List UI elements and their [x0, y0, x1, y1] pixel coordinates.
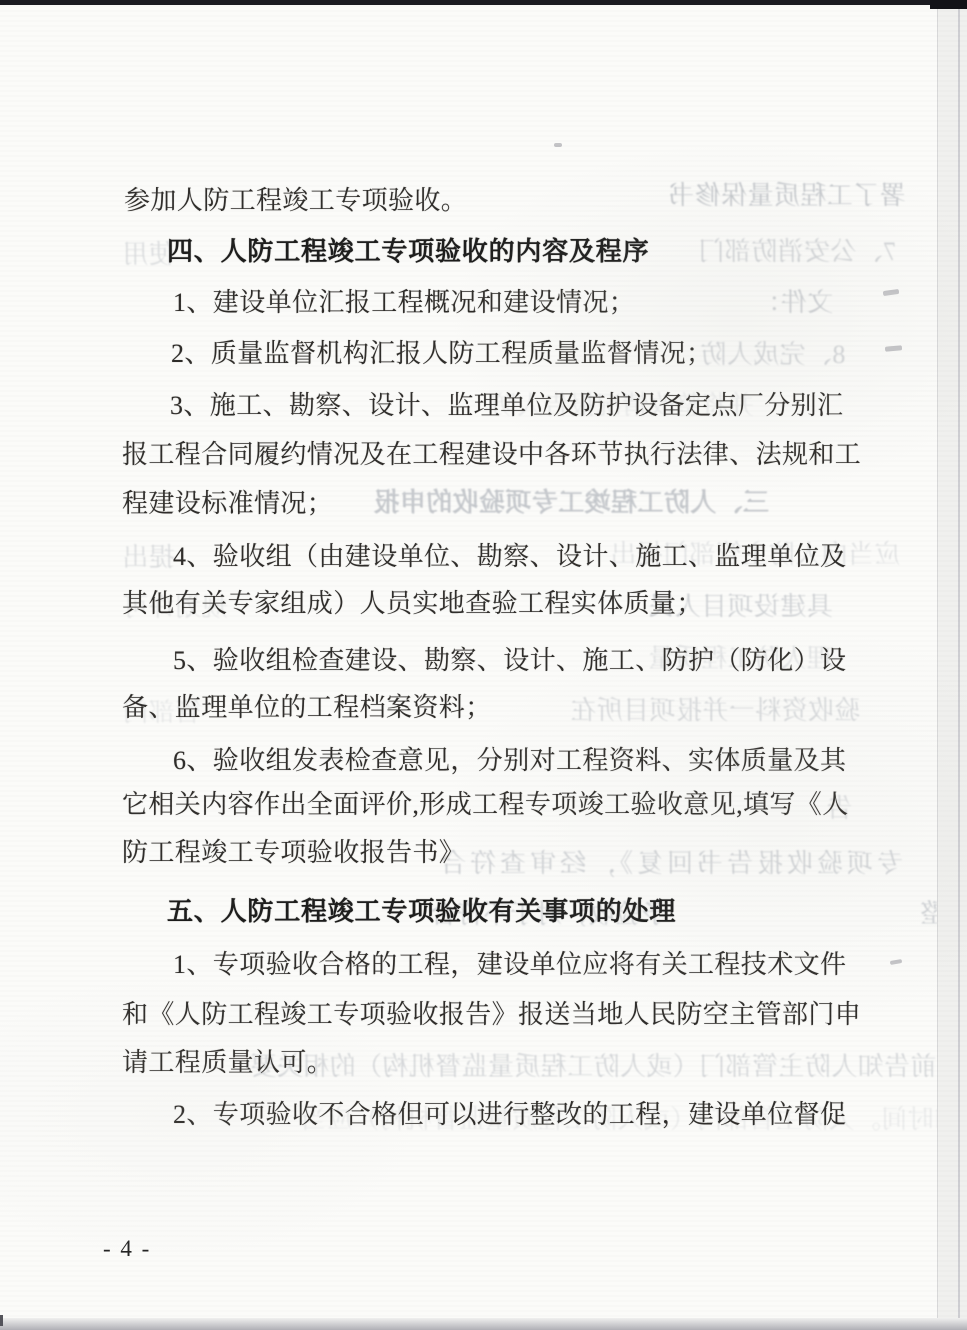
bleedthrough-text: 提出 [122, 543, 175, 573]
scan-edge-right-strip [937, 0, 967, 1330]
text-line: 请工程质量认可。 [122, 1048, 333, 1078]
bleedthrough-text: 文件： [754, 288, 833, 318]
scanned-page: 署了工程质量保修书7、公安消防部门使用文件：8、完成人防并将整改情况报告人防三、… [0, 0, 967, 1330]
ink-smudge [890, 959, 903, 965]
text-line: 4、验收组（由建设单位、勘察、设计、施工、监理单位及 [173, 542, 846, 572]
scan-edge-top [0, 0, 967, 5]
text-line: 程建设标准情况； [122, 489, 333, 519]
text-line: 2、专项验收不合格但可以进行整改的工程，建设单位督促 [173, 1100, 846, 1130]
scan-edge-bottom-left-tick [0, 1315, 3, 1326]
bleedthrough-text: 8、完成人防 [700, 340, 845, 370]
text-line: 备、监理单位的工程档案资料； [122, 693, 492, 723]
ink-smudge [885, 345, 902, 351]
bleedthrough-text: 三、人防工程竣工专项验收的申报 [373, 487, 769, 517]
text-line: 和《人防工程竣工专项验收报告》报送当地人民防空主管部门申 [122, 1000, 861, 1030]
text-line: 参加人防工程竣工专项验收。 [124, 186, 467, 216]
scan-edge-right-line [958, 0, 960, 1330]
scan-edge-top-right-corner [930, 0, 967, 9]
text-line: 6、验收组发表检查意见，分别对工程资料、实体质量及其 [173, 746, 846, 776]
text-line: 1、专项验收合格的工程，建设单位应将有关工程技术文件 [173, 950, 846, 980]
text-line: 其他有关专家组成）人员实地查验工程实体质量； [122, 589, 703, 619]
bleedthrough-text: 署了工程质量保修书 [668, 181, 906, 211]
text-line: 报工程合同履约情况及在工程建设中各环节执行法律、法规和工 [122, 440, 861, 470]
heading-line: 五、人防工程竣工专项验收有关事项的处理 [167, 896, 676, 926]
scan-edge-bottom [0, 1318, 967, 1330]
ink-smudge [554, 143, 562, 147]
text-line: 5、验收组检查建设、勘察、设计、施工、防护（防化）设 [173, 646, 846, 676]
ink-smudge [883, 289, 900, 296]
heading-line: 四、人防工程竣工专项验收的内容及程序 [167, 236, 649, 266]
text-line: 防工程竣工专项验收报告书》 [122, 838, 465, 868]
page-number: - 4 - [103, 1236, 151, 1262]
bleedthrough-text: 提前告知人防主管部门（或人防工程质量监督机构）的相关要 [250, 1052, 963, 1082]
text-line: 2、质量监督机构汇报人防工程质量监督情况； [171, 339, 712, 369]
bleedthrough-text: 验收资料一并报项目所在 [570, 696, 860, 726]
bleedthrough-text: 专项验收报告书回复》，经审查符合 [436, 849, 903, 879]
text-line: 3、施工、勘察、设计、监理单位及防护设备定点厂分别汇 [170, 391, 843, 421]
text-line: 1、建设单位汇报工程概况和建设情况； [173, 288, 635, 318]
text-line: 它相关内容作出全面评价,形成工程专项竣工验收意见,填写《人 [122, 790, 849, 820]
bleedthrough-text: 7、公安消防部门 [698, 237, 896, 267]
